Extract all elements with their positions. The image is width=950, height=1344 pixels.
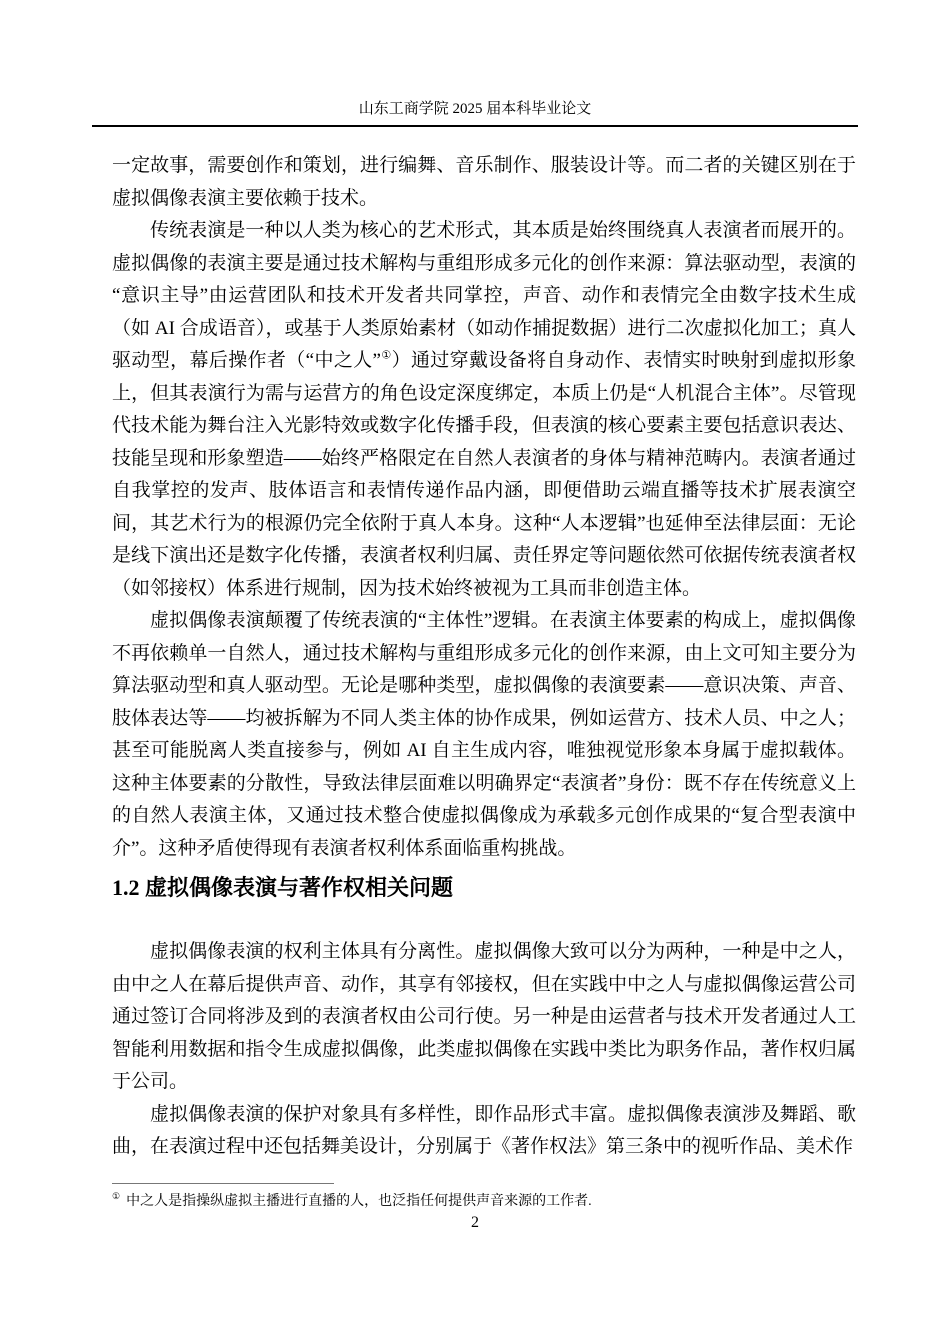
page-content: 一定故事，需要创作和策划，进行编舞、音乐制作、服装设计等。而二者的关键区别在于虚…	[112, 150, 856, 1164]
paragraph-text: ）通过穿戴设备将自身动作、表情实时映射到虚拟形象上，但其表演行为需与运营方的角色…	[112, 350, 856, 599]
footnote: ①中之人是指操纵虚拟主播进行直播的人，也泛指任何提供声音来源的工作者.	[112, 1191, 856, 1212]
paragraph: 虚拟偶像表演颠覆了传统表演的“主体性”逻辑。在表演主体要素的构成上，虚拟偶像不再…	[112, 605, 856, 865]
header-title: 山东工商学院 2025 届本科毕业论文	[359, 101, 592, 117]
paragraph: 虚拟偶像表演的权利主体具有分离性。虚拟偶像大致可以分为两种，一种是中之人，由中之…	[112, 936, 856, 1099]
paragraph: 传统表演是一种以人类为核心的艺术形式，其本质是始终围绕真人表演者而展开的。虚拟偶…	[112, 215, 856, 605]
footnote-area: ①中之人是指操纵虚拟主播进行直播的人，也泛指任何提供声音来源的工作者.	[112, 1183, 856, 1212]
document-page: 山东工商学院 2025 届本科毕业论文 一定故事，需要创作和策划，进行编舞、音乐…	[0, 0, 950, 1344]
paragraph-continuation: 一定故事，需要创作和策划，进行编舞、音乐制作、服装设计等。而二者的关键区别在于虚…	[112, 150, 856, 215]
footnote-reference: ①	[381, 350, 392, 362]
footnote-text: 中之人是指操纵虚拟主播进行直播的人，也泛指任何提供声音来源的工作者.	[126, 1194, 592, 1209]
section-heading: 1.2 虚拟偶像表演与著作权相关问题	[112, 873, 856, 903]
page-number: 2	[0, 1214, 950, 1232]
paragraph: 虚拟偶像表演的保护对象具有多样性，即作品形式丰富。虚拟偶像表演涉及舞蹈、歌曲，在…	[112, 1099, 856, 1164]
footnote-marker: ①	[112, 1191, 120, 1201]
footnote-separator	[112, 1183, 334, 1184]
paragraph-text: 传统表演是一种以人类为核心的艺术形式，其本质是始终围绕真人表演者而展开的。虚拟偶…	[112, 220, 856, 371]
page-header: 山东工商学院 2025 届本科毕业论文	[92, 98, 858, 127]
